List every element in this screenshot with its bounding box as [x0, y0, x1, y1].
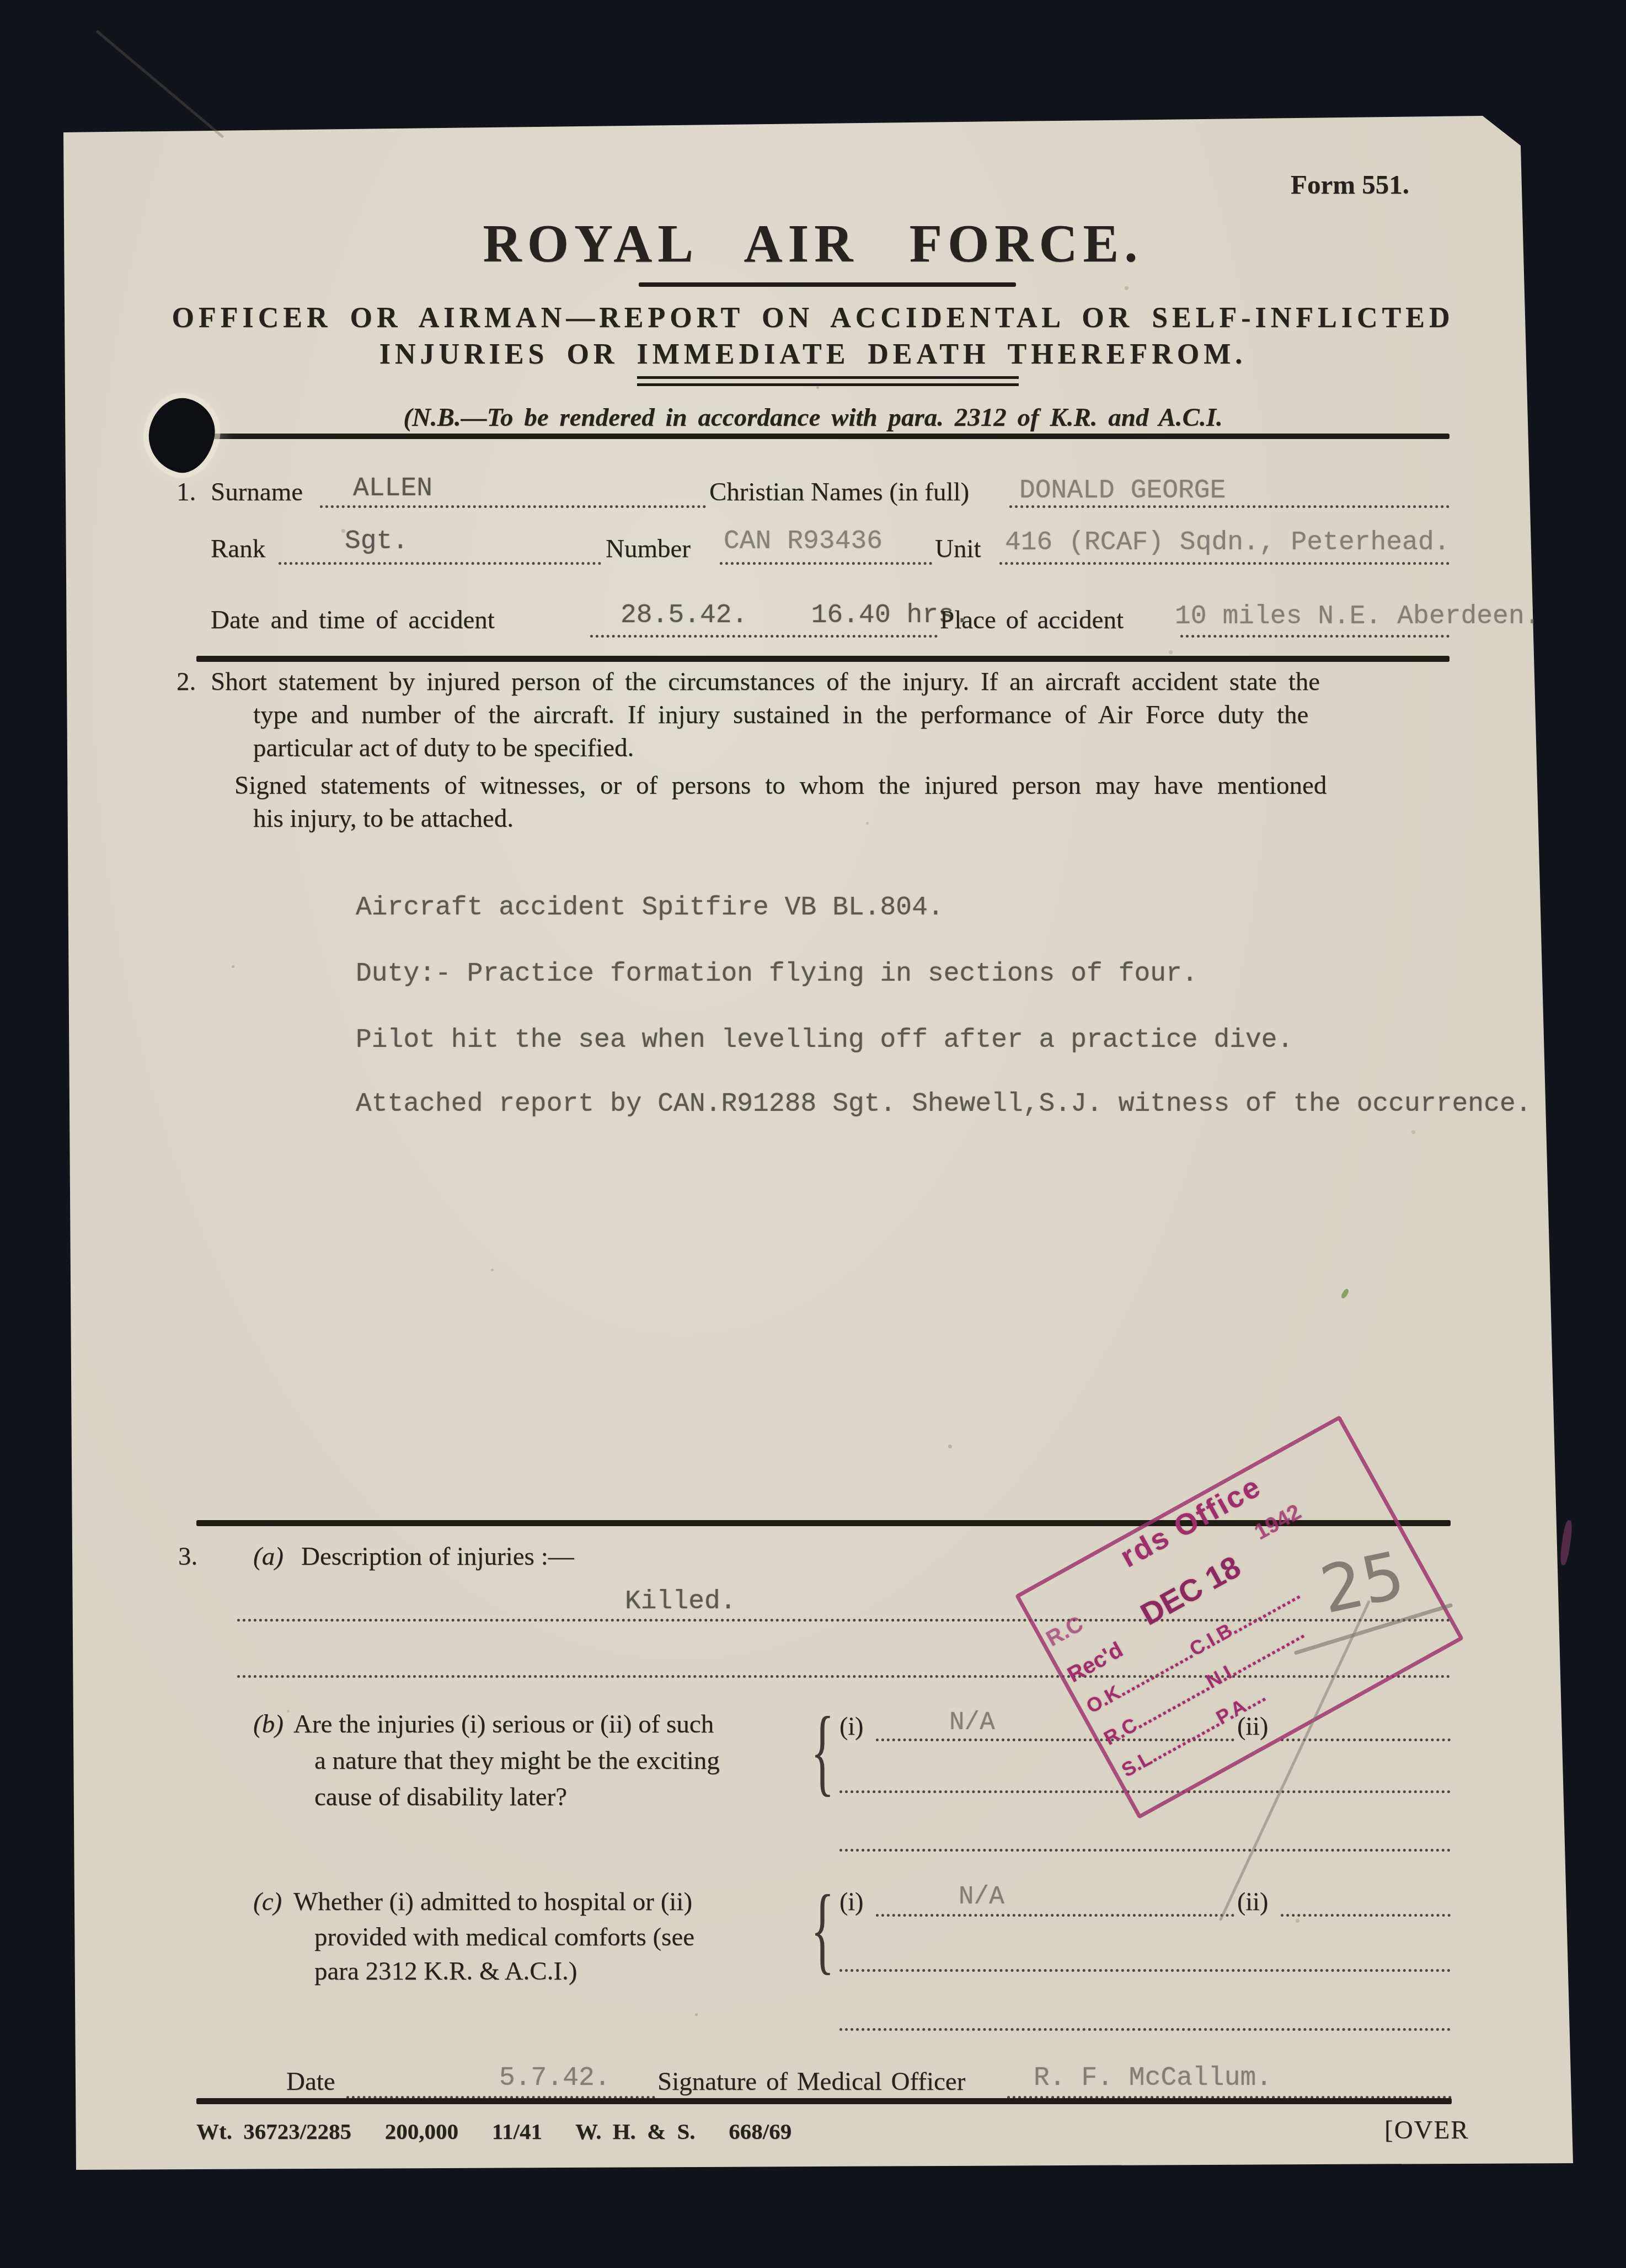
unit-label: Unit	[935, 534, 981, 564]
statement-line: Aircraft accident Spitfire VB BL.804.	[356, 895, 944, 921]
scanned-form-551: Form 551. ROYAL AIR FORCE. OFFICER OR AI…	[0, 0, 1626, 2268]
place-value: 10 miles N.E. Aberdeen.	[1175, 603, 1541, 630]
item-a-text: Description of injuries :—	[301, 1542, 574, 1571]
item-b-line: cause of disability later?	[314, 1783, 567, 1812]
instruction-line: his injury, to be attached.	[253, 804, 514, 833]
number-label: Number	[606, 534, 691, 564]
stamp-rc: R.C	[1042, 1613, 1087, 1650]
header-rule	[203, 434, 1450, 439]
unit-value: 416 (RCAF) Sqdn., Peterhead.	[1005, 529, 1450, 556]
item-c-line: Whether (i) admitted to hospital or (ii)	[293, 1887, 692, 1917]
c-answer-dots-3	[839, 2004, 1451, 2031]
signature-value: R. F. McCallum.	[1034, 2065, 1272, 2092]
bottom-rule	[196, 2098, 1452, 2104]
title-underline	[639, 282, 1016, 287]
christian-names-value: DONALD GEORGE	[1019, 478, 1226, 504]
section1-number: 1.	[176, 478, 196, 507]
item-c-line: para 2312 K.R. & A.C.I.)	[314, 1957, 577, 1986]
b-i-value: N/A	[949, 1710, 995, 1735]
datetime-value: 28.5.42. 16.40 hrs.	[621, 602, 970, 629]
place-label: Place of accident	[940, 606, 1124, 635]
instruction-line: particular act of duty to be specified.	[253, 734, 634, 763]
number-value: CAN R93436	[724, 528, 882, 555]
c-answer-dots-2	[839, 1945, 1451, 1972]
c-i-value: N/A	[959, 1884, 1004, 1909]
item-c-line: provided with medical comforts (see	[314, 1923, 694, 1952]
b-answer-dots-3	[839, 1825, 1451, 1852]
subtitle-line-2: INJURIES OR IMMEDIATE DEATH THEREFROM.	[0, 339, 1626, 371]
surname-value: ALLEN	[353, 475, 432, 502]
c-i-dots	[876, 1890, 1234, 1917]
item-b-line: Are the injuries (i) serious or (ii) of …	[293, 1710, 714, 1739]
date-label: Date	[286, 2067, 335, 2096]
brace-b: {	[811, 1702, 835, 1800]
date-value: 5.7.42.	[499, 2065, 611, 2092]
b-i-label: (i)	[839, 1712, 863, 1741]
datetime-label: Date and time of accident	[211, 606, 495, 635]
rank-value: Sgt.	[345, 528, 408, 555]
signature-label: Signature of Medical Officer	[657, 2067, 965, 2096]
surname-label: Surname	[211, 478, 303, 507]
item-b-label: (b)	[253, 1710, 284, 1739]
rank-dots	[279, 538, 601, 565]
item-a-label: (a)	[253, 1542, 284, 1571]
section3-number: 3.	[178, 1542, 197, 1571]
brace-c: {	[811, 1880, 835, 1978]
instruction-line: type and number of the aircraft. If inju…	[253, 700, 1308, 730]
nb-note: (N.B.—To be rendered in accordance with …	[0, 403, 1626, 432]
c-i-label: (i)	[839, 1887, 863, 1916]
paper-fibers	[0, 0, 3, 3]
form-title: ROYAL AIR FORCE.	[0, 214, 1626, 274]
statement-line: Attached report by CAN.R91288 Sgt. Shewe…	[356, 1091, 1532, 1117]
over-note: [OVER	[1384, 2116, 1469, 2145]
section2-number: 2.	[176, 667, 196, 697]
section1-rule	[196, 656, 1450, 662]
subtitle-line-1: OFFICER OR AIRMAN—REPORT ON ACCIDENTAL O…	[0, 302, 1626, 334]
printer-imprint: Wt. 36723/2285 200,000 11/41 W. H. & S. …	[196, 2119, 791, 2144]
item-b-line: a nature that they might be the exciting	[314, 1746, 720, 1775]
c-ii-dots	[1281, 1890, 1451, 1917]
item-c-label: (c)	[253, 1887, 282, 1917]
statement-line: Pilot hit the sea when levelling off aft…	[356, 1027, 1293, 1053]
christian-names-label: Christian Names (in full)	[709, 478, 969, 507]
rank-label: Rank	[211, 534, 265, 564]
stamp-ink-smear	[1559, 1520, 1573, 1565]
form-number: Form 551.	[1291, 170, 1409, 200]
corner-crease	[95, 30, 224, 138]
statement-line: Duty:- Practice formation flying in sect…	[356, 961, 1198, 987]
instruction-line: Signed statements of witnesses, or of pe…	[234, 771, 1327, 800]
subtitle-underline	[637, 376, 1019, 386]
instruction-line: Short statement by injured person of the…	[211, 667, 1320, 697]
stamp-year: 1942	[1251, 1501, 1304, 1544]
c-ii-label: (ii)	[1237, 1887, 1268, 1916]
